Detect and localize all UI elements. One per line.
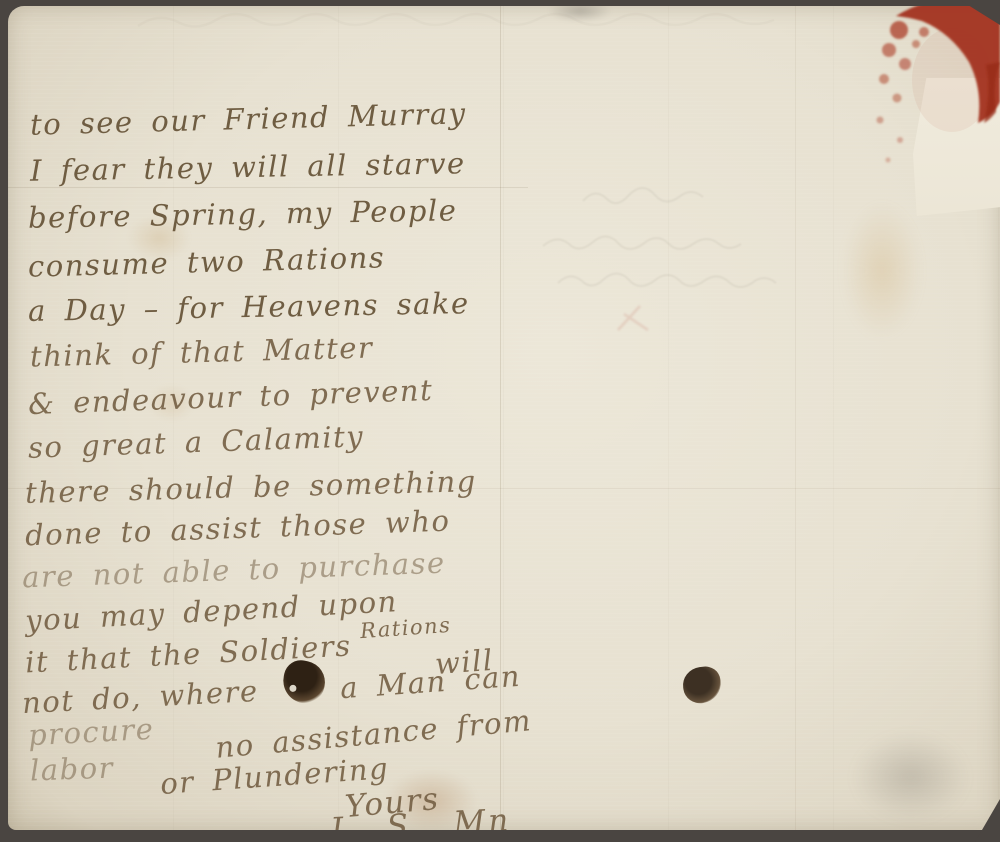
handwriting-line: so great a Calamity	[28, 422, 365, 463]
handwriting-line: consume two Rations	[28, 243, 386, 281]
letter-page: to see our Friend Murray I fear they wil…	[8, 6, 1000, 830]
handwriting-line: I fear they will all starve	[30, 149, 466, 186]
ink-blot	[681, 665, 724, 706]
handwriting-line: think of that Matter	[30, 334, 374, 372]
handwriting-insertion: Rations	[359, 615, 452, 642]
handwriting-line: labor	[30, 754, 115, 786]
handwriting-line: a Day – for Heavens sake	[28, 289, 470, 326]
faint-red-pencil-mark	[610, 300, 656, 336]
handwriting-line: there should be something	[25, 467, 477, 508]
gray-smudge	[853, 733, 968, 821]
handwriting-line: before Spring, my People	[28, 196, 458, 232]
photograph-background: to see our Friend Murray I fear they wil…	[0, 0, 1000, 842]
handwriting-line: to see our Friend Murray	[30, 99, 467, 139]
vertical-fold-crease	[795, 6, 796, 830]
ink-bleed-through-top	[128, 6, 888, 40]
handwriting-line: & endeavour to prevent	[28, 376, 434, 419]
handwriting-line: procure	[27, 715, 155, 751]
tan-stain	[843, 203, 921, 338]
handwriting-line: done to assist those who	[25, 507, 451, 551]
handwriting-line: a Man can	[339, 662, 522, 704]
ink-bleed-through	[523, 161, 853, 311]
wax-seal-remnant	[852, 6, 1000, 182]
horizontal-fold-crease	[8, 187, 528, 188]
